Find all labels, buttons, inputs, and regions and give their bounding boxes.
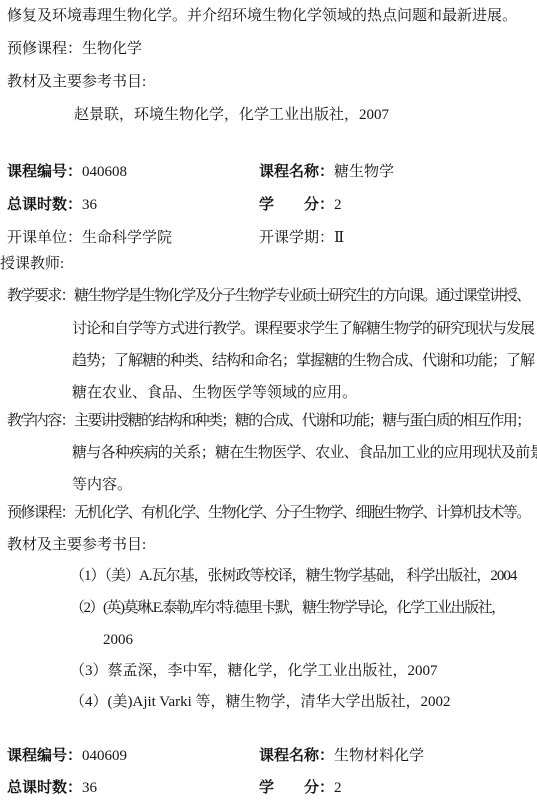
course-name-row: 课程名称：生物材料化学 xyxy=(259,748,424,765)
prerequisites-line: 预修课程：生物化学 xyxy=(7,41,142,58)
credits-value: 2 xyxy=(334,197,342,213)
course-name-row: 课程名称：糖生物学 xyxy=(259,164,394,181)
course-number-row: 课程编号：040608 xyxy=(7,164,127,181)
offering-unit-value: 生命科学学院 xyxy=(82,230,172,246)
semester-label: 开课学期： xyxy=(259,230,334,246)
total-hours-value: 36 xyxy=(82,197,97,213)
credits-label: 学 分： xyxy=(259,780,334,796)
credits-label: 学 分： xyxy=(259,197,334,213)
course-catalog-page: 修复及环境毒理生物化学。并介绍环境生物化学领域的热点问题和最新进展。 预修课程：… xyxy=(0,0,537,803)
course-number-row: 课程编号：040609 xyxy=(7,748,127,765)
credits-value: 2 xyxy=(334,780,342,796)
total-hours-row: 总课时数：36 xyxy=(7,780,97,797)
course-number-value: 040608 xyxy=(82,164,127,180)
course-name-value: 糖生物学 xyxy=(334,164,394,180)
total-hours-row: 总课时数：36 xyxy=(7,197,97,214)
offering-unit-label: 开课单位： xyxy=(7,230,82,246)
credits-row: 学 分：2 xyxy=(259,197,342,214)
total-hours-label: 总课时数： xyxy=(7,780,82,796)
textbook-entry: （2）(英)莫琳.E.泰勒,库尔特.德里卡默，糖生物学导论，化学工业出版社， xyxy=(70,600,505,617)
total-hours-value: 36 xyxy=(82,780,97,796)
total-hours-label: 总课时数： xyxy=(7,197,82,213)
textbooks-heading: 教材及主要参考书目: xyxy=(7,537,146,554)
course-number-label: 课程编号： xyxy=(7,748,82,764)
course-name-value: 生物材料化学 xyxy=(334,748,424,764)
textbooks-heading: 教材及主要参考书目: xyxy=(7,74,146,91)
course-name-label: 课程名称： xyxy=(259,164,334,180)
textbook-entry: 赵景联，环境生物化学，化学工业出版社，2007 xyxy=(74,107,389,124)
course-name-label: 课程名称： xyxy=(259,748,334,764)
teaching-requirements-line: 教学要求：糖生物学是生物化学及分子生物学专业硕士研究生的方向课。通过课堂讲授、 xyxy=(7,288,530,305)
instructor-label: 授课教师: xyxy=(0,256,64,273)
credits-row: 学 分：2 xyxy=(259,780,342,797)
prerequisites-line: 预修课程：无机化学、有机化学、生物化学、分子生物学、细胞生物学、计算机技术等。 xyxy=(7,505,530,522)
textbook-entry-continuation: 2006 xyxy=(103,632,133,649)
teaching-requirements-line: 趋势；了解糖的种类、结构和命名；掌握糖的生物合成、代谢和功能；了解 xyxy=(72,353,534,370)
textbook-entry: （3）蔡孟深，李中军，糖化学，化学工业出版社，2007 xyxy=(70,663,438,680)
teaching-content-line: 教学内容：主要讲授糖的结构和种类；糖的合成、代谢和功能；糖与蛋白质的相互作用； xyxy=(7,413,530,430)
semester-row: 开课学期：Ⅱ xyxy=(259,230,344,247)
course-number-label: 课程编号： xyxy=(7,164,82,180)
teaching-requirements-line: 糖在农业、食品、生物医学等领域的应用。 xyxy=(72,385,357,402)
semester-value: Ⅱ xyxy=(334,230,344,246)
offering-unit-row: 开课单位：生命科学学院 xyxy=(7,230,172,247)
course-overview-continuation: 修复及环境毒理生物化学。并介绍环境生物化学领域的热点问题和最新进展。 xyxy=(7,8,517,25)
teaching-content-line: 等内容。 xyxy=(72,477,132,494)
textbook-entry: （4）(美)Ajit Varki 等，糖生物学，清华大学出版社，2002 xyxy=(70,694,451,711)
textbook-entry: （1）（美）A.瓦尔基，张树政等校译，糖生物学基础， 科学出版社，2004 xyxy=(70,568,516,585)
teaching-content-line: 糖与各种疾病的关系；糖在生物医学、农业、食品加工业的应用现状及前景 xyxy=(72,445,537,462)
teaching-requirements-line: 讨论和自学等方式进行教学。课程要求学生了解糖生物学的研究现状与发展 xyxy=(72,321,534,338)
course-number-value: 040609 xyxy=(82,748,127,764)
